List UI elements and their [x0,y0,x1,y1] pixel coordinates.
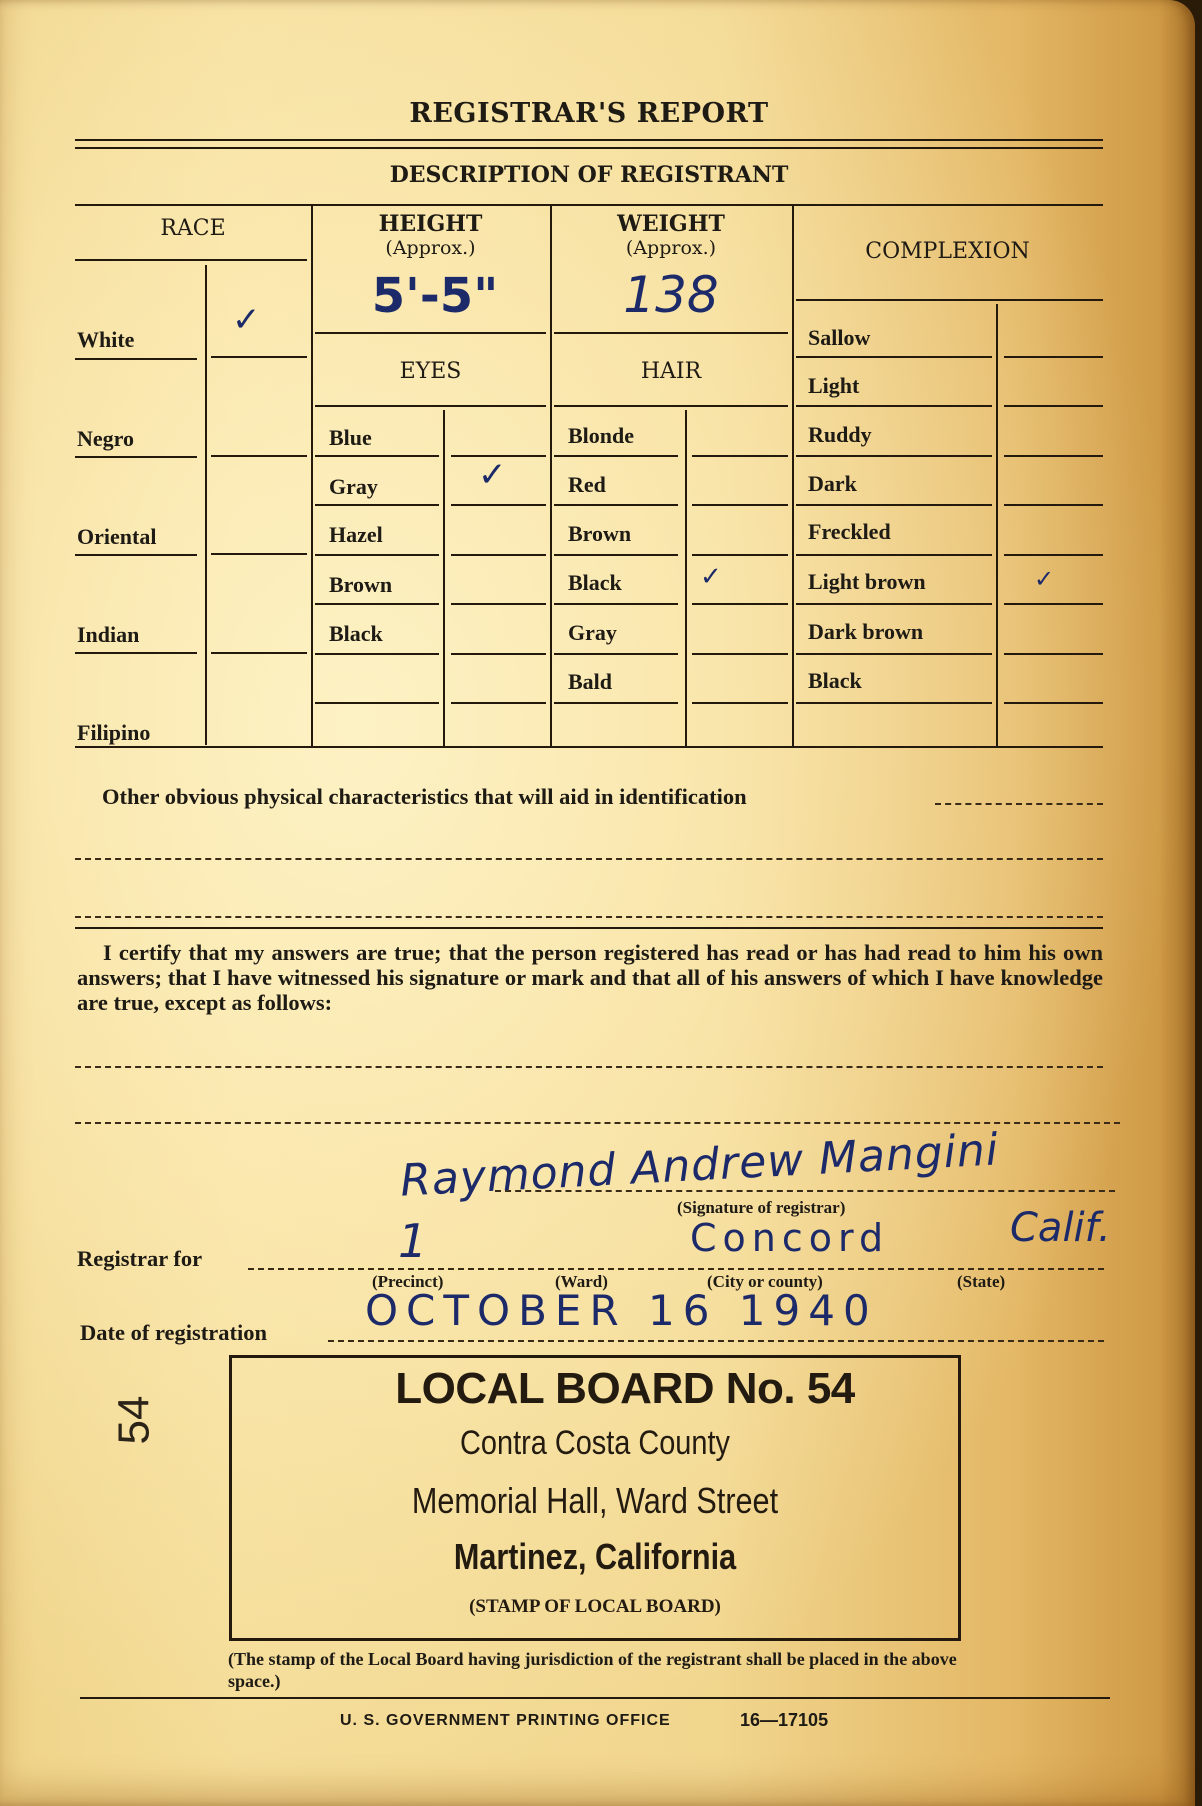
complexion-check-rule [1004,554,1103,556]
complexion-option-light: Light [808,373,859,399]
exceptions-line-1[interactable] [75,1066,1103,1068]
complexion-row-rule [796,653,992,655]
complexion-row-rule [796,455,992,457]
hair-row-rule [554,603,678,605]
hair-check-rule [692,603,788,605]
weight-underline [554,332,788,334]
table-bottom-rule [75,746,1103,748]
footer-printer: U. S. GOVERNMENT PRINTING OFFICE [340,1712,671,1730]
complexion-option-dark-brown: Dark brown [808,619,923,645]
exceptions-line-2[interactable] [75,1122,1120,1124]
stamp-county: Contra Costa County [286,1424,903,1463]
footer-form-number: 16—17105 [740,1710,828,1731]
col-divider-eyes-check [443,410,445,746]
eyes-check-rule [451,603,546,605]
eyes-option-gray: Gray [329,474,378,500]
complexion-row-rule [796,405,992,407]
race-option-white: White [77,327,134,353]
eyes-row-rule [315,702,439,704]
hair-option-bald: Bald [568,669,612,695]
race-white-checkmark[interactable]: ✓ [232,300,261,340]
complexion-row-rule [796,603,992,605]
col-divider-race-height [311,206,313,746]
form-title: REGISTRAR'S REPORT [75,98,1103,129]
eyes-option-blue: Blue [329,425,372,451]
col-divider-height-weight [550,206,552,746]
complexion-light-brown-checkmark[interactable]: ✓ [1034,565,1054,593]
other-characteristics-label: Other obvious physical characteristics t… [102,784,747,809]
date-of-registration-value[interactable]: October 16 1940 [365,1286,878,1335]
signature-line [495,1190,1115,1192]
height-underline [315,332,546,334]
complexion-option-dark: Dark [808,471,857,497]
race-row-rule [75,456,197,458]
eyes-row-rule [315,504,439,506]
complexion-check-rule [1004,603,1103,605]
complexion-option-freckled: Freckled [808,519,891,545]
eyes-check-rule [451,653,546,655]
stamp-caption: (STAMP OF LOCAL BOARD) [232,1596,958,1618]
title-rule-1 [75,139,1103,141]
height-approx: (Approx.) [311,236,550,260]
complexion-check-rule [1004,653,1103,655]
complexion-check-rule [1004,356,1103,358]
eyes-row-rule [315,653,439,655]
complexion-check-rule [1004,702,1103,704]
section-rule [75,927,1103,929]
complexion-header-rule [796,299,1103,301]
eyes-row-rule [315,603,439,605]
eyes-header: EYES [311,360,550,384]
stamp-instruction: (The stamp of the Local Board having jur… [228,1648,968,1692]
hair-header-rule [554,405,788,407]
other-characteristics-line-2[interactable] [75,858,1103,860]
height-header: HEIGHT [311,212,550,236]
complexion-option-light-brown: Light brown [808,569,926,595]
title-rule-2 [75,147,1103,149]
registrar-for-line [248,1268,1104,1270]
race-option-filipino: Filipino [77,720,150,746]
hair-header: HAIR [550,360,792,384]
hair-check-rule [692,455,788,457]
eyes-header-rule [315,405,546,407]
signature-caption: (Signature of registrar) [677,1198,845,1218]
hair-check-rule [692,702,788,704]
weight-value[interactable]: 138 [560,266,782,324]
complexion-row-rule [796,554,992,556]
hair-row-rule [554,455,678,457]
city-value[interactable]: Concord [690,1216,889,1260]
stamp-board-number: LOCAL BOARD No. 54 [232,1364,958,1414]
state-value[interactable]: Calif. [1010,1205,1111,1251]
hair-row-rule [554,702,678,704]
hair-black-checkmark[interactable]: ✓ [700,562,722,592]
race-check-rule [211,356,307,358]
hair-option-gray: Gray [568,620,617,646]
registrar-for-label: Registrar for [77,1246,202,1271]
complexion-check-rule [1004,504,1103,506]
complexion-check-rule [1004,405,1103,407]
race-check-rule [211,455,307,457]
col-divider-weight-complexion [792,206,794,746]
race-row-rule [75,358,197,360]
weight-header: WEIGHT [550,212,792,236]
table-top-rule [75,204,1103,206]
race-check-rule [211,652,307,654]
other-characteristics-field[interactable] [935,803,1103,805]
complexion-row-rule [796,356,992,358]
eyes-option-black: Black [329,621,383,647]
hair-option-black: Black [568,570,622,596]
footer-rule [80,1697,1110,1699]
eyes-row-rule [315,455,439,457]
margin-note: 54 [109,1396,159,1445]
hair-option-red: Red [568,472,606,498]
race-option-indian: Indian [77,622,139,648]
date-of-registration-label: Date of registration [80,1320,267,1345]
complexion-row-rule [796,504,992,506]
stamp-city: Martinez, California [286,1536,903,1578]
local-board-stamp: LOCAL BOARD No. 54 Contra Costa County M… [229,1355,961,1641]
race-check-rule [211,553,307,555]
precinct-value[interactable]: 1 [398,1214,427,1268]
stamp-address: Memorial Hall, Ward Street [286,1480,903,1522]
hair-row-rule [554,554,678,556]
state-caption: (State) [957,1272,1005,1292]
eyes-option-hazel: Hazel [329,522,383,548]
weight-approx: (Approx.) [550,236,792,260]
hair-check-rule [692,504,788,506]
col-divider-complexion-check [996,304,998,746]
complexion-row-rule [796,702,992,704]
hair-option-blonde: Blonde [568,423,634,449]
complexion-option-sallow: Sallow [808,325,870,351]
eyes-check-rule [451,504,546,506]
hair-check-rule [692,653,788,655]
certification-text: I certify that my answers are true; that… [77,940,1103,1015]
hair-option-brown: Brown [568,521,631,547]
hair-row-rule [554,504,678,506]
race-header: RACE [75,217,311,241]
complexion-header: COMPLEXION [792,240,1103,264]
col-divider-hair-check [685,410,687,746]
eyes-gray-checkmark[interactable]: ✓ [478,455,507,495]
section-title: DESCRIPTION OF REGISTRANT [75,162,1103,188]
hair-row-rule [554,653,678,655]
race-row-rule [75,554,197,556]
eyes-check-rule [451,702,546,704]
other-characteristics-line-3[interactable] [75,916,1103,918]
eyes-check-rule [451,554,546,556]
complexion-option-black: Black [808,668,862,694]
date-of-registration-line [328,1340,1104,1342]
race-row-rule [75,652,197,654]
col-divider-race-check [205,265,207,745]
eyes-option-brown: Brown [329,572,392,598]
complexion-option-ruddy: Ruddy [808,422,872,448]
complexion-check-rule [1004,455,1103,457]
race-option-negro: Negro [77,426,134,452]
eyes-row-rule [315,554,439,556]
height-value[interactable]: 5'-5" [335,268,535,324]
race-option-oriental: Oriental [77,524,156,550]
hair-check-rule [692,554,788,556]
race-header-rule [75,259,307,261]
